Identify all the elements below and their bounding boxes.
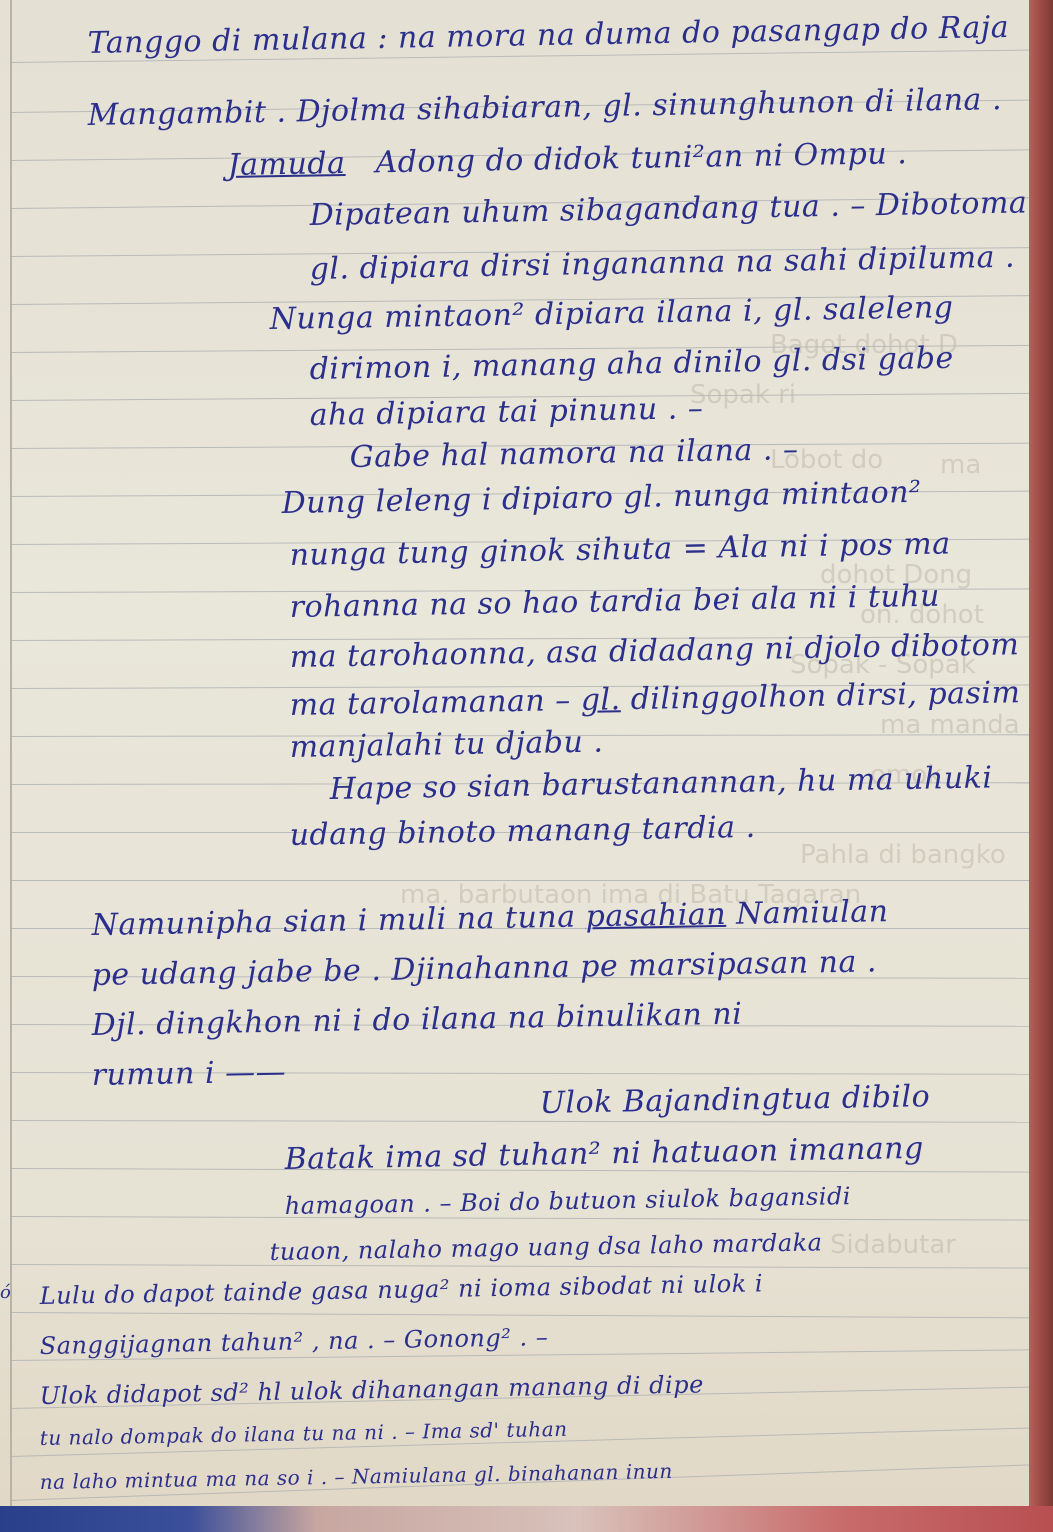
ruled-line bbox=[10, 1312, 1032, 1318]
notebook-bottom-edge bbox=[0, 1506, 1053, 1532]
handwritten-line: Gabe hal namora na ilana . – bbox=[349, 432, 798, 475]
handwritten-line: dirimon i, manang aha dinilo gl. dsi gab… bbox=[309, 341, 954, 387]
handwritten-line: tuaon, nalaho mago uang dsa laho mardaka bbox=[270, 1228, 823, 1266]
handwritten-line: Jamuda Adong do didok tuni²an ni Ompu . bbox=[227, 136, 907, 183]
ruled-line bbox=[10, 1264, 1032, 1269]
handwritten-line: Ulok didapot sd² hl ulok dihanangan mana… bbox=[40, 1370, 704, 1410]
handwritten-line: gl. dipiara dirsi ingananna na sahi dipi… bbox=[309, 240, 1015, 287]
line-part: Namunipha sian i muli na tuna bbox=[91, 899, 586, 943]
line-rest: Adong do didok tuni²an ni Ompu . bbox=[355, 136, 907, 181]
underlined-heading-word: Jamuda bbox=[227, 146, 345, 183]
bleed-through-text: Sidabutar bbox=[830, 1230, 956, 1260]
handwritten-line: hamagoan . – Boi do butuon siulok bagans… bbox=[285, 1182, 852, 1220]
notebook-page: Bagot dohot D Sopak ri Lobot do ma dohot… bbox=[0, 0, 1032, 1510]
underlined-word: pasahian bbox=[585, 897, 726, 934]
margin-mark: ó bbox=[0, 1282, 11, 1303]
handwritten-line: rohanna na so hao tardia bei ala ni i tu… bbox=[289, 579, 940, 625]
underlined-word: gl. bbox=[580, 682, 620, 718]
handwritten-line: Lulu do dapot tainde gasa nuga² ni ioma … bbox=[40, 1269, 764, 1310]
handwritten-line: Hape so sian barustanannan, hu ma uhuki bbox=[329, 760, 992, 807]
handwritten-line: Djl. dingkhon ni i do ilana na binulikan… bbox=[91, 997, 742, 1043]
line-part: ma tarolamanan – bbox=[289, 683, 581, 723]
handwritten-line: Dipatean uhum sibagandang tua . – Diboto… bbox=[309, 185, 1032, 233]
ruled-line bbox=[10, 1216, 1032, 1221]
bleed-through-text: Pahla di bangko bbox=[800, 840, 1006, 870]
notebook-cover-edge bbox=[1029, 0, 1053, 1532]
line-part: dilinggolhon dirsi, pasim bbox=[620, 675, 1020, 717]
handwritten-line: rumun i —— bbox=[91, 1055, 286, 1093]
handwritten-line: manjalahi tu djabu . bbox=[289, 725, 603, 765]
line-part: Namiulan bbox=[726, 894, 889, 932]
handwritten-line: Namunipha sian i muli na tuna pasahian N… bbox=[91, 894, 888, 943]
handwritten-line: Dung leleng i dipiaro gl. nunga mintaon² bbox=[281, 475, 921, 521]
handwritten-line: Tanggo di mulana : na mora na duma do pa… bbox=[87, 10, 1009, 61]
bleed-through-text: ma bbox=[940, 450, 981, 480]
bleed-through-text: ma manda bbox=[880, 710, 1020, 740]
handwritten-line: aha dipiara tai pinunu . – bbox=[309, 391, 703, 433]
handwritten-line: Ulok Bajandingtua dibilo bbox=[539, 1079, 930, 1121]
handwritten-line: Mangambit . Djolma sihabiaran, gl. sinun… bbox=[87, 82, 1002, 133]
bleed-through-text: Sopak ri bbox=[690, 380, 796, 410]
handwritten-line: tu nalo dompak do ilana tu na ni . – Ima… bbox=[40, 1417, 568, 1450]
handwritten-line: pe udang jabe be . Djinahanna pe marsipa… bbox=[91, 944, 877, 993]
ruled-line bbox=[10, 1120, 1032, 1123]
handwritten-line: udang binoto manang tardia . bbox=[289, 810, 755, 853]
